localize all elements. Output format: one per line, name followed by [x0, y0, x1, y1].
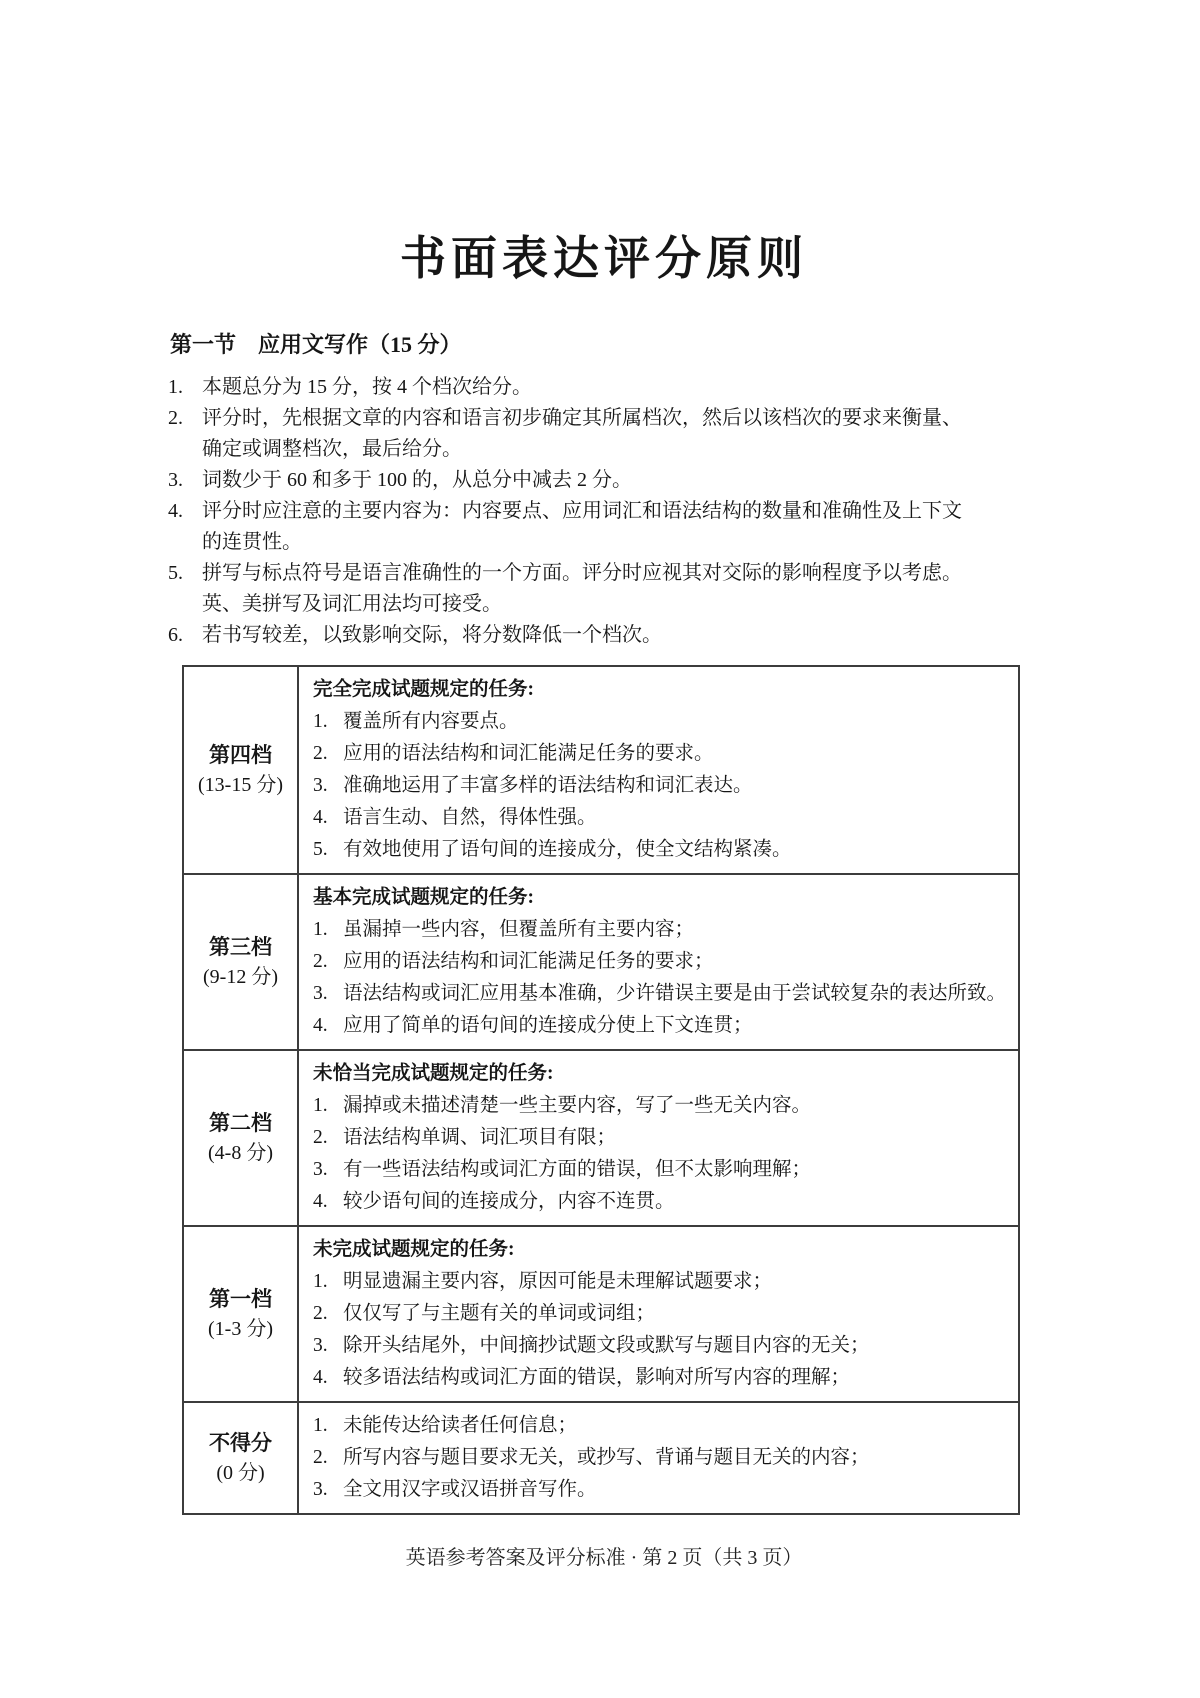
item-number: 4.	[313, 1010, 343, 1042]
score-range: (9-12 分)	[186, 962, 295, 992]
grade-label: 第二档	[186, 1108, 295, 1138]
task-heading: 未完成试题规定的任务:	[313, 1234, 1010, 1266]
item-text: 仅仅写了与主题有关的单词或词组；	[343, 1298, 1010, 1330]
section-heading: 第一节 应用文写作（15 分）	[170, 328, 1040, 359]
criteria-item: 1. 明显遗漏主要内容，原因可能是未理解试题要求；	[313, 1266, 1010, 1298]
table-row: 第一档 (1-3 分) 未完成试题规定的任务: 1. 明显遗漏主要内容，原因可能…	[183, 1226, 1019, 1402]
criteria-item: 2. 所写内容与题目要求无关，或抄写、背诵与题目无关的内容；	[313, 1442, 1010, 1474]
item-number: 3.	[313, 978, 343, 1010]
grade-label: 第三档	[186, 932, 295, 962]
criteria-item: 3. 除开头结尾外，中间摘抄试题文段或默写与题目内容的无关；	[313, 1330, 1010, 1362]
grade-cell: 第三档 (9-12 分)	[183, 874, 298, 1050]
criteria-item: 4. 较多语法结构或词汇方面的错误，影响对所写内容的理解；	[313, 1362, 1010, 1394]
list-item-number: 5.	[168, 558, 202, 620]
grade-cell: 不得分 (0 分)	[183, 1402, 298, 1514]
criteria-item: 2. 仅仅写了与主题有关的单词或词组；	[313, 1298, 1010, 1330]
item-number: 4.	[313, 1362, 343, 1394]
list-item: 4. 评分时应注意的主要内容为：内容要点、应用词汇和语法结构的数量和准确性及上下…	[168, 496, 1040, 558]
criteria-cell: 未完成试题规定的任务: 1. 明显遗漏主要内容，原因可能是未理解试题要求； 2.…	[298, 1226, 1019, 1402]
item-number: 1.	[313, 1410, 343, 1442]
task-heading: 基本完成试题规定的任务:	[313, 882, 1010, 914]
list-item-number: 6.	[168, 620, 202, 651]
item-number: 1.	[313, 1090, 343, 1122]
item-text: 较多语法结构或词汇方面的错误，影响对所写内容的理解；	[343, 1362, 1010, 1394]
score-range: (4-8 分)	[186, 1138, 295, 1168]
item-text: 应用的语法结构和词汇能满足任务的要求；	[343, 946, 1010, 978]
score-range: (13-15 分)	[186, 770, 295, 800]
task-heading: 完全完成试题规定的任务:	[313, 674, 1010, 706]
criteria-item: 1. 漏掉或未描述清楚一些主要内容，写了一些无关内容。	[313, 1090, 1010, 1122]
item-text: 除开头结尾外，中间摘抄试题文段或默写与题目内容的无关；	[343, 1330, 1010, 1362]
criteria-cell: 未恰当完成试题规定的任务: 1. 漏掉或未描述清楚一些主要内容，写了一些无关内容…	[298, 1050, 1019, 1226]
criteria-item: 1. 虽漏掉一些内容，但覆盖所有主要内容；	[313, 914, 1010, 946]
list-item-text: 若书写较差，以致影响交际，将分数降低一个档次。	[202, 620, 966, 651]
score-range: (1-3 分)	[186, 1314, 295, 1344]
item-number: 3.	[313, 1154, 343, 1186]
criteria-item: 3. 准确地运用了丰富多样的语法结构和词汇表达。	[313, 770, 1010, 802]
item-number: 2.	[313, 738, 343, 770]
item-text: 有效地使用了语句间的连接成分，使全文结构紧凑。	[343, 834, 1010, 866]
item-text: 未能传达给读者任何信息；	[343, 1410, 1010, 1442]
list-item-text: 拼写与标点符号是语言准确性的一个方面。评分时应视其对交际的影响程度予以考虑。英、…	[202, 558, 966, 620]
item-text: 应用的语法结构和词汇能满足任务的要求。	[343, 738, 1010, 770]
criteria-item: 4. 语言生动、自然，得体性强。	[313, 802, 1010, 834]
item-number: 3.	[313, 770, 343, 802]
table-row: 第三档 (9-12 分) 基本完成试题规定的任务: 1. 虽漏掉一些内容，但覆盖…	[183, 874, 1019, 1050]
grade-label: 不得分	[186, 1428, 295, 1458]
item-number: 1.	[313, 706, 343, 738]
criteria-item: 2. 应用的语法结构和词汇能满足任务的要求。	[313, 738, 1010, 770]
list-item-number: 4.	[168, 496, 202, 558]
grade-cell: 第二档 (4-8 分)	[183, 1050, 298, 1226]
list-item-number: 3.	[168, 465, 202, 496]
criteria-item: 1. 未能传达给读者任何信息；	[313, 1410, 1010, 1442]
item-text: 应用了简单的语句间的连接成分使上下文连贯；	[343, 1010, 1010, 1042]
criteria-cell: 1. 未能传达给读者任何信息； 2. 所写内容与题目要求无关，或抄写、背诵与题目…	[298, 1402, 1019, 1514]
criteria-item: 3. 全文用汉字或汉语拼音写作。	[313, 1474, 1010, 1506]
item-number: 1.	[313, 1266, 343, 1298]
criteria-item: 2. 语法结构单调、词汇项目有限；	[313, 1122, 1010, 1154]
list-item-text: 词数少于 60 和多于 100 的，从总分中减去 2 分。	[202, 465, 966, 496]
item-text: 漏掉或未描述清楚一些主要内容，写了一些无关内容。	[343, 1090, 1010, 1122]
item-text: 准确地运用了丰富多样的语法结构和词汇表达。	[343, 770, 1010, 802]
scoring-notes-list: 1. 本题总分为 15 分，按 4 个档次给分。 2. 评分时，先根据文章的内容…	[168, 372, 1040, 651]
item-number: 2.	[313, 1122, 343, 1154]
criteria-cell: 完全完成试题规定的任务: 1. 覆盖所有内容要点。 2. 应用的语法结构和词汇能…	[298, 666, 1019, 874]
item-number: 5.	[313, 834, 343, 866]
list-item-text: 本题总分为 15 分，按 4 个档次给分。	[202, 372, 966, 403]
item-number: 2.	[313, 1298, 343, 1330]
item-number: 1.	[313, 914, 343, 946]
item-text: 覆盖所有内容要点。	[343, 706, 1010, 738]
item-number: 4.	[313, 802, 343, 834]
criteria-item: 5. 有效地使用了语句间的连接成分，使全文结构紧凑。	[313, 834, 1010, 866]
list-item: 6. 若书写较差，以致影响交际，将分数降低一个档次。	[168, 620, 1040, 651]
page-title: 书面表达评分原则	[168, 222, 1040, 288]
criteria-item: 1. 覆盖所有内容要点。	[313, 706, 1010, 738]
item-number: 3.	[313, 1474, 343, 1506]
item-text: 所写内容与题目要求无关，或抄写、背诵与题目无关的内容；	[343, 1442, 1010, 1474]
score-range: (0 分)	[186, 1458, 295, 1488]
criteria-item: 4. 较少语句间的连接成分，内容不连贯。	[313, 1186, 1010, 1218]
list-item-text: 评分时应注意的主要内容为：内容要点、应用词汇和语法结构的数量和准确性及上下文的连…	[202, 496, 966, 558]
grade-cell: 第一档 (1-3 分)	[183, 1226, 298, 1402]
list-item: 2. 评分时，先根据文章的内容和语言初步确定其所属档次，然后以该档次的要求来衡量…	[168, 403, 1040, 465]
rubric-table: 第四档 (13-15 分) 完全完成试题规定的任务: 1. 覆盖所有内容要点。 …	[182, 665, 1020, 1515]
criteria-cell: 基本完成试题规定的任务: 1. 虽漏掉一些内容，但覆盖所有主要内容； 2. 应用…	[298, 874, 1019, 1050]
item-number: 3.	[313, 1330, 343, 1362]
criteria-item: 4. 应用了简单的语句间的连接成分使上下文连贯；	[313, 1010, 1010, 1042]
item-number: 4.	[313, 1186, 343, 1218]
item-text: 语法结构单调、词汇项目有限；	[343, 1122, 1010, 1154]
table-row: 第二档 (4-8 分) 未恰当完成试题规定的任务: 1. 漏掉或未描述清楚一些主…	[183, 1050, 1019, 1226]
item-number: 2.	[313, 1442, 343, 1474]
item-text: 有一些语法结构或词汇方面的错误，但不太影响理解；	[343, 1154, 1010, 1186]
list-item: 1. 本题总分为 15 分，按 4 个档次给分。	[168, 372, 1040, 403]
task-heading: 未恰当完成试题规定的任务:	[313, 1058, 1010, 1090]
item-text: 全文用汉字或汉语拼音写作。	[343, 1474, 1010, 1506]
grade-cell: 第四档 (13-15 分)	[183, 666, 298, 874]
item-number: 2.	[313, 946, 343, 978]
page-footer: 英语参考答案及评分标准 · 第 2 页（共 3 页）	[168, 1541, 1040, 1570]
table-row: 第四档 (13-15 分) 完全完成试题规定的任务: 1. 覆盖所有内容要点。 …	[183, 666, 1019, 874]
list-item-number: 1.	[168, 372, 202, 403]
list-item-text: 评分时，先根据文章的内容和语言初步确定其所属档次，然后以该档次的要求来衡量、确定…	[202, 403, 966, 465]
list-item: 5. 拼写与标点符号是语言准确性的一个方面。评分时应视其对交际的影响程度予以考虑…	[168, 558, 1040, 620]
item-text: 语言生动、自然，得体性强。	[343, 802, 1010, 834]
item-text: 语法结构或词汇应用基本准确，少许错误主要是由于尝试较复杂的表达所致。	[343, 978, 1010, 1010]
item-text: 明显遗漏主要内容，原因可能是未理解试题要求；	[343, 1266, 1010, 1298]
item-text: 虽漏掉一些内容，但覆盖所有主要内容；	[343, 914, 1010, 946]
criteria-item: 3. 有一些语法结构或词汇方面的错误，但不太影响理解；	[313, 1154, 1010, 1186]
grade-label: 第一档	[186, 1284, 295, 1314]
criteria-item: 3. 语法结构或词汇应用基本准确，少许错误主要是由于尝试较复杂的表达所致。	[313, 978, 1010, 1010]
table-row: 不得分 (0 分) 1. 未能传达给读者任何信息； 2. 所写内容与题目要求无关…	[183, 1402, 1019, 1514]
list-item: 3. 词数少于 60 和多于 100 的，从总分中减去 2 分。	[168, 465, 1040, 496]
grade-label: 第四档	[186, 740, 295, 770]
item-text: 较少语句间的连接成分，内容不连贯。	[343, 1186, 1010, 1218]
document-page: 书面表达评分原则 第一节 应用文写作（15 分） 1. 本题总分为 15 分，按…	[0, 0, 1200, 1570]
list-item-number: 2.	[168, 403, 202, 465]
criteria-item: 2. 应用的语法结构和词汇能满足任务的要求；	[313, 946, 1010, 978]
